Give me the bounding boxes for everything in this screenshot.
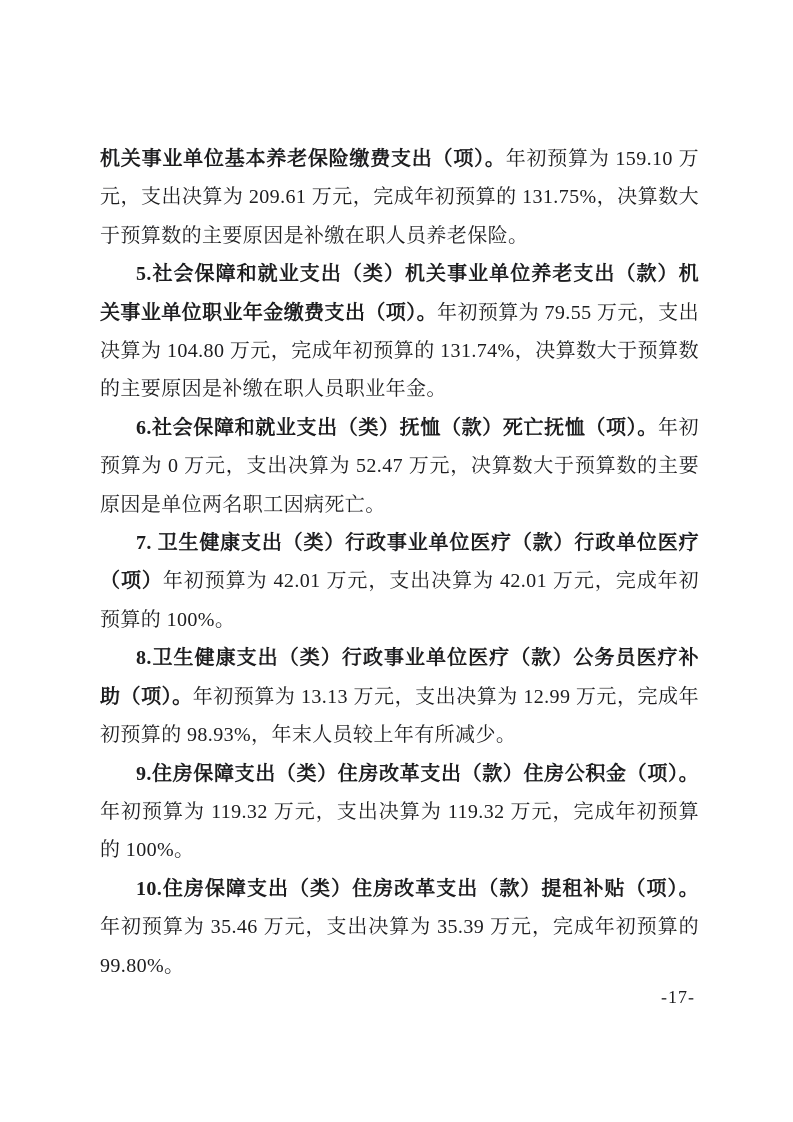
paragraph-text: 年初预算为 119.32 万元，支出决算为 119.32 万元，完成年初预算的 … (100, 801, 699, 861)
paragraph: 机关事业单位基本养老保险缴费支出（项）。年初预算为 159.10 万元，支出决算… (100, 140, 699, 255)
paragraph-heading: 9.住房保障支出（类）住房改革支出（款）住房公积金（项）。 (136, 763, 699, 785)
paragraph: 5.社会保障和就业支出（类）机关事业单位养老支出（款）机关事业单位职业年金缴费支… (100, 255, 699, 409)
paragraph: 9.住房保障支出（类）住房改革支出（款）住房公积金（项）。年初预算为 119.3… (100, 755, 699, 870)
paragraph-heading: 机关事业单位基本养老保险缴费支出（项）。 (100, 148, 506, 170)
paragraph-heading: 10.住房保障支出（类）住房改革支出（款）提租补贴（项）。 (136, 878, 699, 900)
document-page: 机关事业单位基本养老保险缴费支出（项）。年初预算为 159.10 万元，支出决算… (0, 0, 793, 1122)
paragraph: 7. 卫生健康支出（类）行政事业单位医疗（款）行政单位医疗（项）年初预算为 42… (100, 524, 699, 639)
paragraph: 6.社会保障和就业支出（类）抚恤（款）死亡抚恤（项）。年初预算为 0 万元，支出… (100, 409, 699, 524)
paragraph: 8.卫生健康支出（类）行政事业单位医疗（款）公务员医疗补助（项）。年初预算为 1… (100, 639, 699, 754)
document-body: 机关事业单位基本养老保险缴费支出（项）。年初预算为 159.10 万元，支出决算… (100, 140, 699, 985)
paragraph-text: 年初预算为 35.46 万元，支出决算为 35.39 万元，完成年初预算的 99… (100, 916, 699, 976)
page-number: -17- (661, 987, 695, 1008)
paragraph-text: 年初预算为 42.01 万元，支出决算为 42.01 万元，完成年初预算的 10… (100, 570, 699, 630)
paragraph-heading: 6.社会保障和就业支出（类）抚恤（款）死亡抚恤（项）。 (136, 417, 658, 439)
paragraph: 10.住房保障支出（类）住房改革支出（款）提租补贴（项）。年初预算为 35.46… (100, 870, 699, 985)
